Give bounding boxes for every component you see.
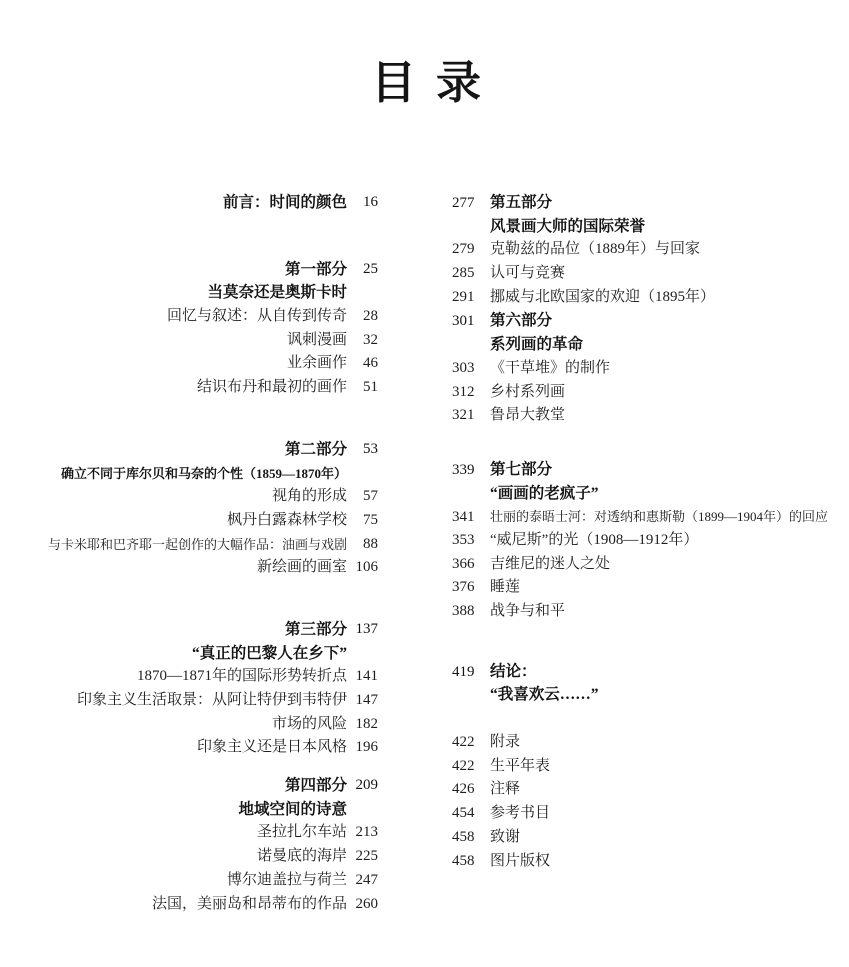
entry-title: 视角的形成 (272, 485, 347, 509)
page-number: 28 (344, 305, 378, 329)
toc-entry: 结识布丹和最初的画作51 (0, 376, 378, 400)
toc-entry: 458致谢 (452, 826, 849, 850)
entry-title: 乡村系列画 (490, 381, 565, 405)
entry-title: 地域空间的诗意 (238, 798, 347, 822)
page-number: 454 (452, 802, 490, 826)
entry-title: 业余画作 (287, 352, 347, 376)
entry-title: “我喜欢云……” (490, 683, 599, 707)
page-number: 213 (344, 821, 378, 845)
toc-entry: 第一部分25 (0, 258, 378, 282)
entry-title: 第三部分 (285, 618, 347, 642)
entry-title: 诺曼底的海岸 (257, 845, 347, 869)
page-number: 260 (344, 893, 378, 917)
toc-entry: 301第六部分 (452, 309, 849, 333)
page-number: 303 (452, 357, 490, 381)
toc-entry: 印象主义生活取景：从阿让特伊到韦特伊147 (0, 689, 378, 713)
left-column: 前言：时间的颜色16第一部分25当莫奈还是奥斯卡时回忆与叙述：从自传到传奇28讽… (0, 191, 378, 916)
entry-title: 鲁昂大教堂 (490, 404, 565, 428)
page-number: 341 (452, 506, 490, 530)
entry-title: 认可与竞赛 (490, 262, 565, 286)
page-number: 75 (344, 509, 378, 533)
toc-entry: 312乡村系列画 (452, 381, 849, 405)
toc-entry: “真正的巴黎人在乡下” (0, 642, 378, 666)
toc-entry: 枫丹白露森林学校75 (0, 509, 378, 533)
entry-title: 印象主义生活取景：从阿让特伊到韦特伊 (77, 689, 347, 713)
entry-title: 生平年表 (490, 755, 550, 779)
entry-title: 吉维尼的迷人之处 (490, 553, 610, 577)
entry-title: 枫丹白露森林学校 (227, 509, 347, 533)
page-number: 279 (452, 238, 490, 262)
page-number: 32 (344, 329, 378, 353)
entry-title: 第七部分 (490, 458, 552, 482)
right-column: 277第五部分风景画大师的国际荣誉279克勒兹的品位（1889年）与回家285认… (452, 191, 849, 873)
toc-entry: 285认可与竞赛 (452, 262, 849, 286)
page-number: 137 (344, 618, 378, 642)
entry-title: 讽刺漫画 (287, 329, 347, 353)
page-number: 422 (452, 731, 490, 755)
toc-entry: 279克勒兹的品位（1889年）与回家 (452, 238, 849, 262)
toc-entry: 366吉维尼的迷人之处 (452, 553, 849, 577)
toc-entry: 地域空间的诗意 (0, 798, 378, 822)
entry-title: 壮丽的泰晤士河：对透纳和惠斯勒（1899—1904年）的回应 (490, 505, 828, 529)
page-number: 277 (452, 192, 490, 216)
entry-title: 注释 (490, 778, 520, 802)
entry-title: 法国，美丽岛和昂蒂布的作品 (152, 893, 347, 917)
page-number: 458 (452, 850, 490, 874)
toc-entry: 风景画大师的国际荣誉 (452, 215, 849, 239)
entry-title: 《干草堆》的制作 (490, 357, 610, 381)
page-number: 147 (344, 689, 378, 713)
entry-title: 圣拉扎尔车站 (257, 821, 347, 845)
toc-entry: 印象主义还是日本风格196 (0, 736, 378, 760)
page-number: 16 (344, 191, 378, 215)
page-number: 285 (452, 262, 490, 286)
entry-title: 第五部分 (490, 191, 552, 215)
entry-title: 前言：时间的颜色 (223, 191, 347, 215)
entry-title: 与卡米耶和巴齐耶一起创作的大幅作品：油画与戏剧 (48, 533, 347, 557)
page-number: 196 (344, 736, 378, 760)
toc-entry: “我喜欢云……” (452, 683, 849, 707)
page-number: 247 (344, 869, 378, 893)
toc-entry: 419结论： (452, 660, 849, 684)
page-number: 339 (452, 459, 490, 483)
toc-entry: 422附录 (452, 731, 849, 755)
toc-entry: 1870—1871年的国际形势转折点141 (0, 665, 378, 689)
toc-entry: 第三部分137 (0, 618, 378, 642)
toc-entry: 前言：时间的颜色16 (0, 191, 378, 215)
page-number: 25 (344, 258, 378, 282)
entry-title: 第六部分 (490, 309, 552, 333)
toc-entry: 388战争与和平 (452, 600, 849, 624)
toc-entry: 诺曼底的海岸225 (0, 845, 378, 869)
entry-title: 印象主义还是日本风格 (197, 736, 347, 760)
toc-entry: 圣拉扎尔车站213 (0, 821, 378, 845)
entry-title: 结识布丹和最初的画作 (197, 376, 347, 400)
page-number: 388 (452, 600, 490, 624)
page-number: 51 (344, 376, 378, 400)
entry-title: 市场的风险 (272, 713, 347, 737)
toc-entry: 341壮丽的泰晤士河：对透纳和惠斯勒（1899—1904年）的回应 (452, 505, 849, 529)
page-number: 426 (452, 778, 490, 802)
toc-entry: 讽刺漫画32 (0, 329, 378, 353)
toc-entry: 新绘画的画室106 (0, 556, 378, 580)
entry-title: 参考书目 (490, 802, 550, 826)
toc-entry: 系列画的革命 (452, 333, 849, 357)
page-number: 419 (452, 661, 490, 685)
toc-entry: 第二部分53 (0, 438, 378, 462)
toc-entry: 422生平年表 (452, 755, 849, 779)
entry-title: 1870—1871年的国际形势转折点 (137, 665, 347, 689)
toc-entry: 视角的形成57 (0, 485, 378, 509)
toc-entry: 303《干草堆》的制作 (452, 357, 849, 381)
entry-title: 第四部分 (285, 774, 347, 798)
entry-title: 挪威与北欧国家的欢迎（1895年） (490, 286, 715, 310)
toc-entry: 当莫奈还是奥斯卡时 (0, 281, 378, 305)
toc-entry: 与卡米耶和巴齐耶一起创作的大幅作品：油画与戏剧88 (0, 533, 378, 557)
entry-title: 战争与和平 (490, 600, 565, 624)
page-number: 53 (344, 438, 378, 462)
toc-entry: 市场的风险182 (0, 713, 378, 737)
entry-title: 图片版权 (490, 850, 550, 874)
page-number: 225 (344, 845, 378, 869)
toc-entry: 确立不同于库尔贝和马奈的个性（1859—1870年） (0, 462, 378, 486)
entry-title: “威尼斯”的光（1908—1912年） (490, 529, 698, 553)
page-number: 57 (344, 485, 378, 509)
entry-title: 新绘画的画室 (257, 556, 347, 580)
toc-entry: 339第七部分 (452, 458, 849, 482)
toc-entry: 376睡莲 (452, 576, 849, 600)
page-number: 458 (452, 826, 490, 850)
page-number: 46 (344, 352, 378, 376)
entry-title: “真正的巴黎人在乡下” (192, 642, 347, 666)
toc-entry: 法国，美丽岛和昂蒂布的作品260 (0, 893, 378, 917)
entry-title: 系列画的革命 (490, 333, 583, 357)
page-title: 目录 (0, 58, 849, 110)
page-number: 321 (452, 404, 490, 428)
page-number: 353 (452, 529, 490, 553)
entry-title: 第二部分 (285, 438, 347, 462)
toc-entry: 回忆与叙述：从自传到传奇28 (0, 305, 378, 329)
page-number: 88 (344, 533, 378, 557)
toc-entry: “画画的老疯子” (452, 482, 849, 506)
toc-entry: 454参考书目 (452, 802, 849, 826)
page-number: 312 (452, 381, 490, 405)
toc-entry: 第四部分209 (0, 774, 378, 798)
toc-entry: 业余画作46 (0, 352, 378, 376)
entry-title: 当莫奈还是奥斯卡时 (207, 281, 347, 305)
entry-title: 确立不同于库尔贝和马奈的个性（1859—1870年） (61, 462, 347, 486)
entry-title: 回忆与叙述：从自传到传奇 (167, 305, 347, 329)
entry-title: 致谢 (490, 826, 520, 850)
entry-title: “画画的老疯子” (490, 482, 599, 506)
entry-title: 睡莲 (490, 576, 520, 600)
entry-title: 风景画大师的国际荣誉 (490, 215, 645, 239)
page-number: 106 (344, 556, 378, 580)
toc-entry: 321鲁昂大教堂 (452, 404, 849, 428)
entry-title: 第一部分 (285, 258, 347, 282)
entry-title: 结论： (490, 660, 537, 684)
page-number: 422 (452, 755, 490, 779)
toc-entry: 291挪威与北欧国家的欢迎（1895年） (452, 286, 849, 310)
entry-title: 克勒兹的品位（1889年）与回家 (490, 238, 700, 262)
page-number: 376 (452, 576, 490, 600)
toc-entry: 458图片版权 (452, 850, 849, 874)
toc-entry: 353“威尼斯”的光（1908—1912年） (452, 529, 849, 553)
entry-title: 博尔迪盖拉与荷兰 (227, 869, 347, 893)
entry-title: 附录 (490, 731, 520, 755)
toc-entry: 277第五部分 (452, 191, 849, 215)
page-number: 366 (452, 553, 490, 577)
toc-entry: 426注释 (452, 778, 849, 802)
page-number: 291 (452, 286, 490, 310)
toc-entry: 博尔迪盖拉与荷兰247 (0, 869, 378, 893)
page-number: 182 (344, 713, 378, 737)
page-number: 301 (452, 310, 490, 334)
page-number: 141 (344, 665, 378, 689)
page-number: 209 (344, 774, 378, 798)
